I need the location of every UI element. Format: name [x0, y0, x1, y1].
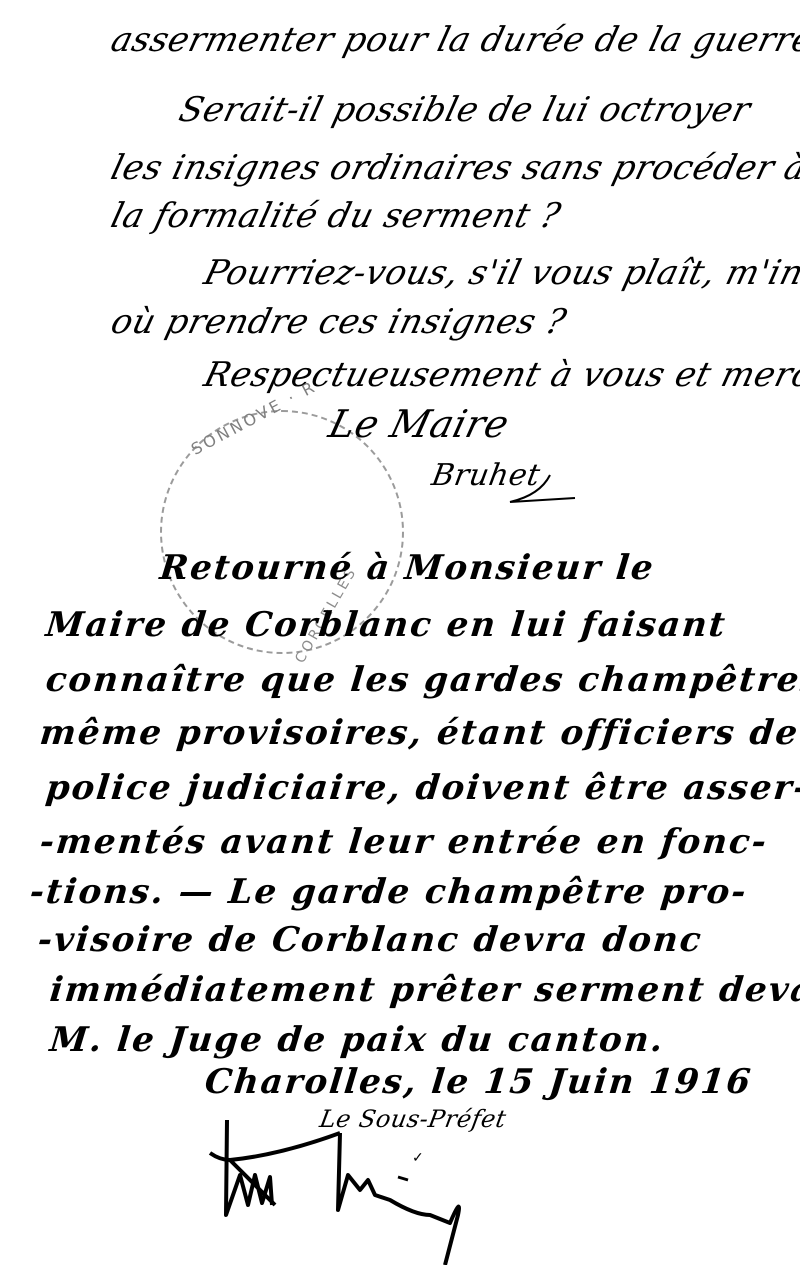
scanned-letter-page: assermenter pour la durée de la guerre ?… — [0, 0, 800, 1268]
signature-check-mark-icon: ✓ — [412, 1150, 424, 1166]
reply-line-1: Retourné à Monsieur le — [158, 548, 657, 588]
reply-line-3: connaître que les gardes champêtres — [44, 660, 800, 700]
reply-line-9: immédiatement prêter serment devant — [48, 970, 800, 1010]
letter-line-5: Pourriez-vous, s'il vous plaît, m'indiqu… — [200, 253, 800, 293]
reply-line-10: M. le Juge de paix du canton. — [48, 1020, 667, 1060]
signature-flourish-icon — [480, 470, 580, 510]
reply-line-2: Maire de Corblanc en lui faisant — [44, 605, 729, 645]
reply-line-6: -mentés avant leur entrée en fonc- — [38, 822, 770, 862]
reply-line-8: -visoire de Corblanc devra donc — [36, 920, 705, 960]
letter-line-2: Serait-il possible de lui octroyer — [175, 90, 755, 130]
reply-line-7: -tions. — Le garde champêtre pro- — [28, 872, 750, 912]
letter-line-1: assermenter pour la durée de la guerre ? — [107, 20, 800, 60]
reply-line-5: police judiciaire, doivent être asser- — [44, 768, 800, 808]
letter-line-4: la formalité du serment ? — [107, 196, 565, 236]
reply-line-4: même provisoires, étant officiers de — [38, 713, 800, 753]
letter-line-6: où prendre ces insignes ? — [107, 302, 570, 342]
sous-prefet-signature-icon — [200, 1115, 520, 1265]
reply-place-date: Charolles, le 15 Juin 1916 — [203, 1062, 754, 1102]
letter-line-3: les insignes ordinaires sans procéder à — [107, 148, 800, 188]
letter-closing-title: Le Maire — [325, 402, 514, 446]
